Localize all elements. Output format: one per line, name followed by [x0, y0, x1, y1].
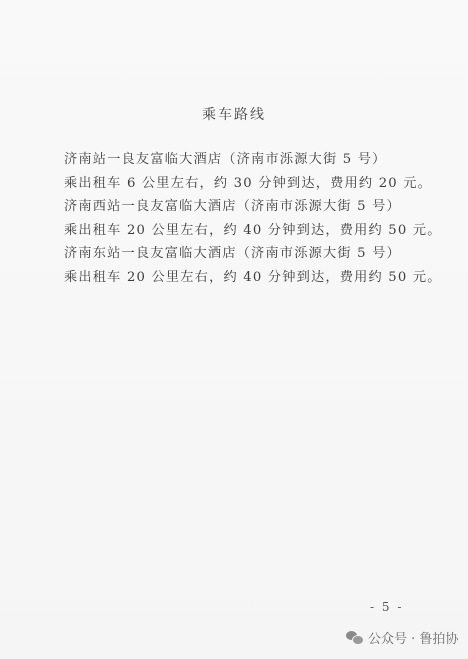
- page-number: - 5 -: [370, 600, 403, 614]
- route-line: 济南站一良友富临大酒店（济南市泺源大街 5 号）: [64, 148, 404, 172]
- watermark: 公众号 · 鲁拍协: [346, 628, 458, 647]
- route-line: 乘出租车 6 公里左右，约 30 分钟到达，费用约 20 元。: [64, 172, 404, 196]
- route-line: 济南东站一良友富临大酒店（济南市泺源大街 5 号）: [64, 242, 404, 266]
- watermark-text: 公众号 · 鲁拍协: [368, 628, 458, 647]
- document-page: 乘车路线 济南站一良友富临大酒店（济南市泺源大街 5 号） 乘出租车 6 公里左…: [0, 0, 468, 659]
- page-title: 乘车路线: [0, 104, 468, 124]
- wechat-icon: [346, 631, 364, 645]
- route-list: 济南站一良友富临大酒店（济南市泺源大街 5 号） 乘出租车 6 公里左右，约 3…: [64, 148, 404, 289]
- route-line: 济南西站一良友富临大酒店（济南市泺源大街 5 号）: [64, 195, 404, 219]
- route-line: 乘出租车 20 公里左右，约 40 分钟到达，费用约 50 元。: [64, 219, 404, 243]
- route-line: 乘出租车 20 公里左右，约 40 分钟到达，费用约 50 元。: [64, 266, 404, 290]
